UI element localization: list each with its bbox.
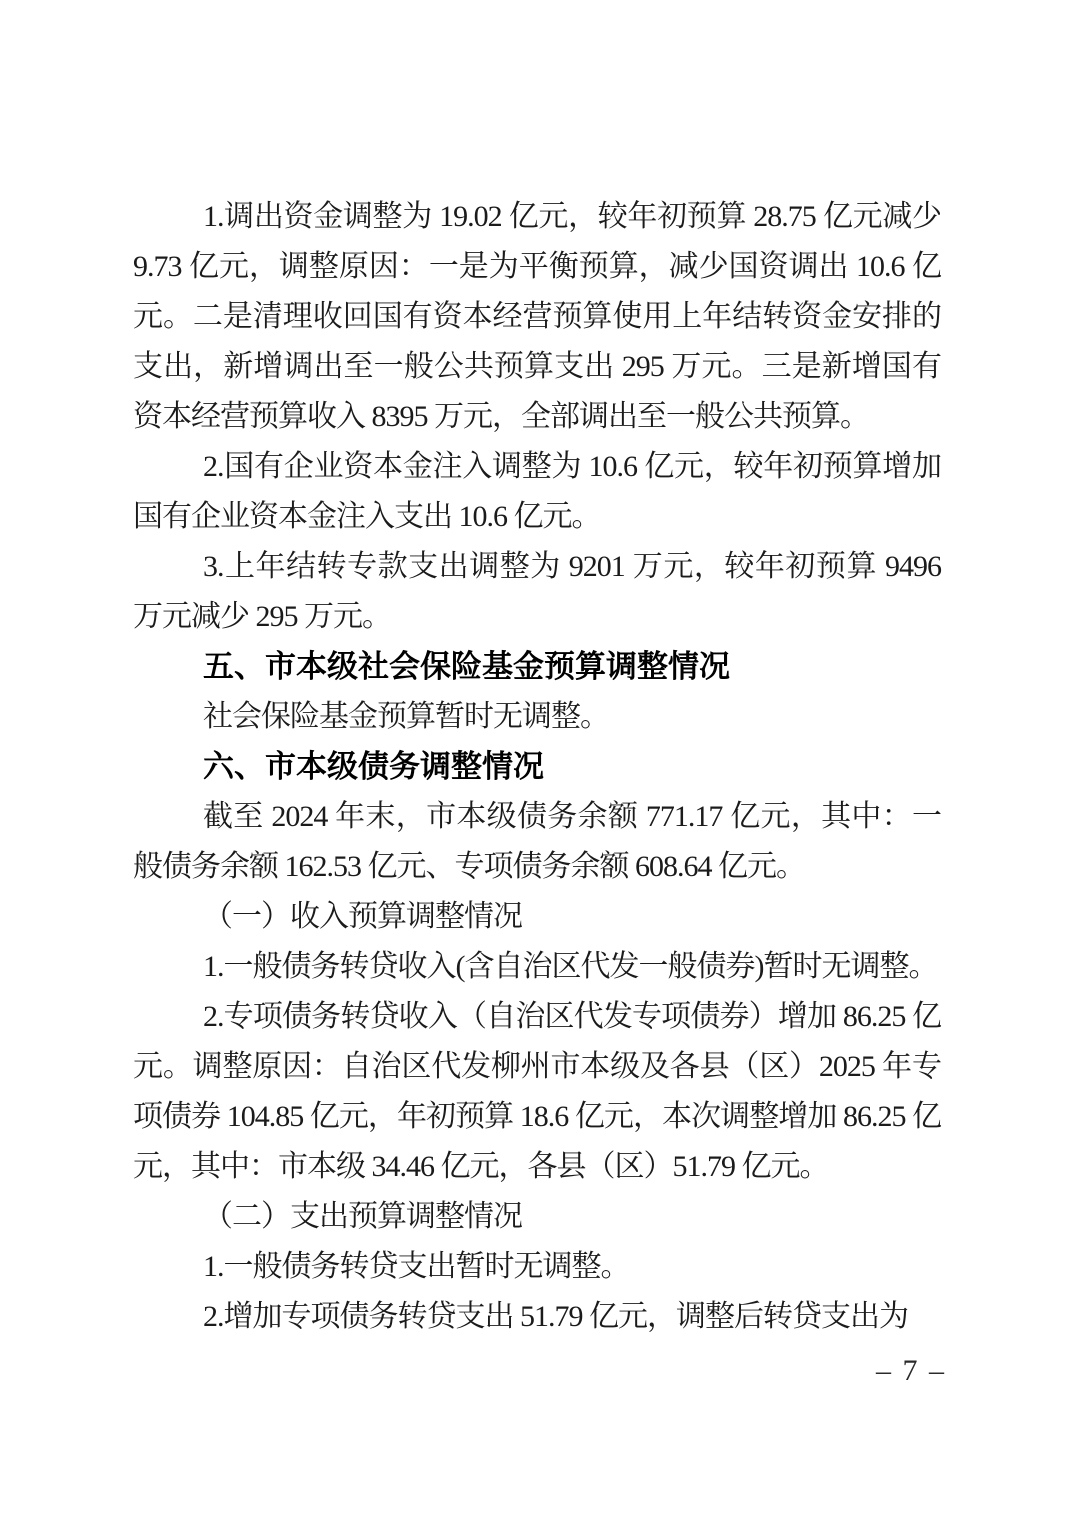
paragraph-general-debt-onlending-income: 1.一般债务转贷收入(含自治区代发一般债券)暂时无调整。 <box>133 942 941 992</box>
paragraph-special-debt-onlending-income: 2.专项债务转贷收入（自治区代发专项债券）增加 86.25 亿元。调整原因：自治… <box>133 992 941 1192</box>
subsection-revenue-budget-adjustment: （一）收入预算调整情况 <box>133 892 941 942</box>
paragraph-soe-capital-injection: 2.国有企业资本金注入调整为 10.6 亿元，较年初预算增加国有企业资本金注入支… <box>133 442 941 542</box>
document-body: 1.调出资金调整为 19.02 亿元，较年初预算 28.75 亿元减少 9.73… <box>133 192 941 1342</box>
document-page: 1.调出资金调整为 19.02 亿元，较年初预算 28.75 亿元减少 9.73… <box>0 0 1074 1520</box>
paragraph-general-debt-onlending-expense: 1.一般债务转贷支出暂时无调整。 <box>133 1242 941 1292</box>
section-heading-municipal-debt: 六、市本级债务调整情况 <box>133 742 941 792</box>
paragraph-special-debt-onlending-expense: 2.增加专项债务转贷支出 51.79 亿元，调整后转贷支出为 <box>133 1292 941 1342</box>
page-number: – 7 – <box>876 1352 946 1390</box>
subsection-expenditure-budget-adjustment: （二）支出预算调整情况 <box>133 1192 941 1242</box>
paragraph-social-insurance-no-change: 社会保险基金预算暂时无调整。 <box>133 692 941 742</box>
section-heading-social-insurance-fund: 五、市本级社会保险基金预算调整情况 <box>133 642 941 692</box>
paragraph-transfer-out-adjustment: 1.调出资金调整为 19.02 亿元，较年初预算 28.75 亿元减少 9.73… <box>133 192 941 442</box>
paragraph-carryover-special-funds: 3.上年结转专款支出调整为 9201 万元，较年初预算 9496 万元减少 29… <box>133 542 941 642</box>
paragraph-debt-balance-summary: 截至 2024 年末，市本级债务余额 771.17 亿元，其中：一般债务余额 1… <box>133 792 941 892</box>
